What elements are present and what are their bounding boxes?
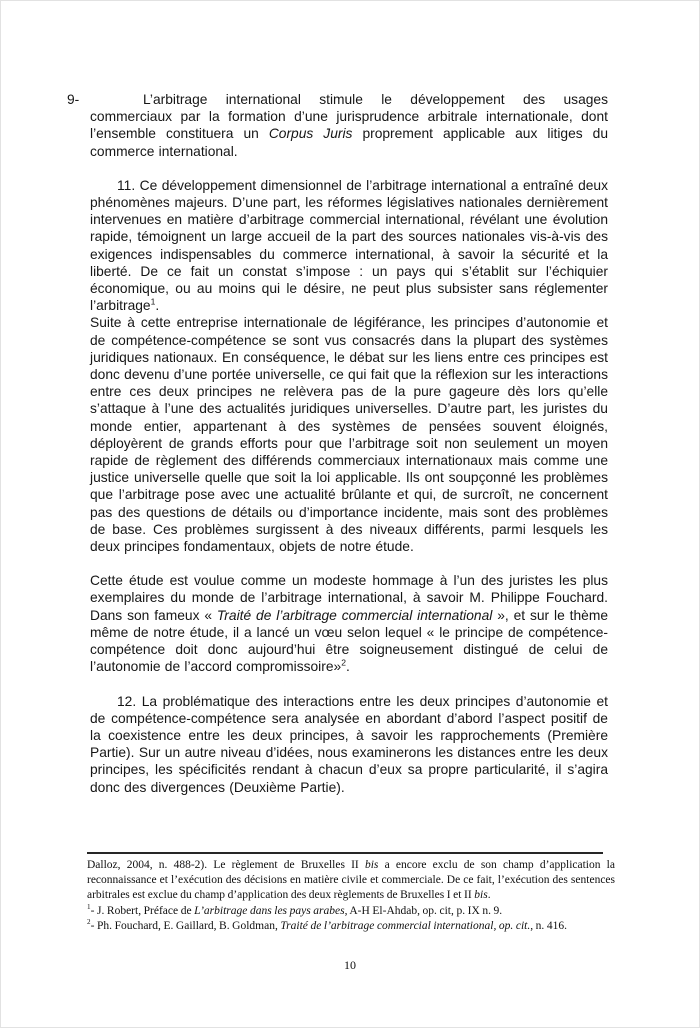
paragraph-9-text: L’arbitrage international stimule le dév… bbox=[90, 92, 608, 159]
paragraph-9-number: 9- bbox=[67, 91, 79, 108]
paragraph-9: 9- L’arbitrage international stimule le … bbox=[90, 91, 608, 160]
document-page: 9- L’arbitrage international stimule le … bbox=[0, 0, 700, 1028]
footnotes-block: Dalloz, 2004, n. 488-2). Le règlement de… bbox=[87, 858, 615, 934]
paragraph-12: 12. La problématique des interactions en… bbox=[90, 693, 608, 796]
footnote-1: 1- J. Robert, Préface de L’arbitrage dan… bbox=[87, 904, 615, 919]
footnote-2: 2- Ph. Fouchard, E. Gaillard, B. Goldman… bbox=[87, 919, 615, 934]
paragraph-11: 11. Ce développement dimensionnel de l’a… bbox=[90, 177, 608, 315]
page-number: 10 bbox=[0, 958, 700, 973]
paragraph-11-continuation: Suite à cette entreprise internationale … bbox=[90, 314, 608, 555]
paragraph-hommage: Cette étude est voulue comme un modeste … bbox=[90, 572, 608, 675]
page-body: 9- L’arbitrage international stimule le … bbox=[90, 91, 608, 796]
footnote-continuation: Dalloz, 2004, n. 488-2). Le règlement de… bbox=[87, 858, 615, 904]
footnote-separator bbox=[87, 852, 603, 854]
